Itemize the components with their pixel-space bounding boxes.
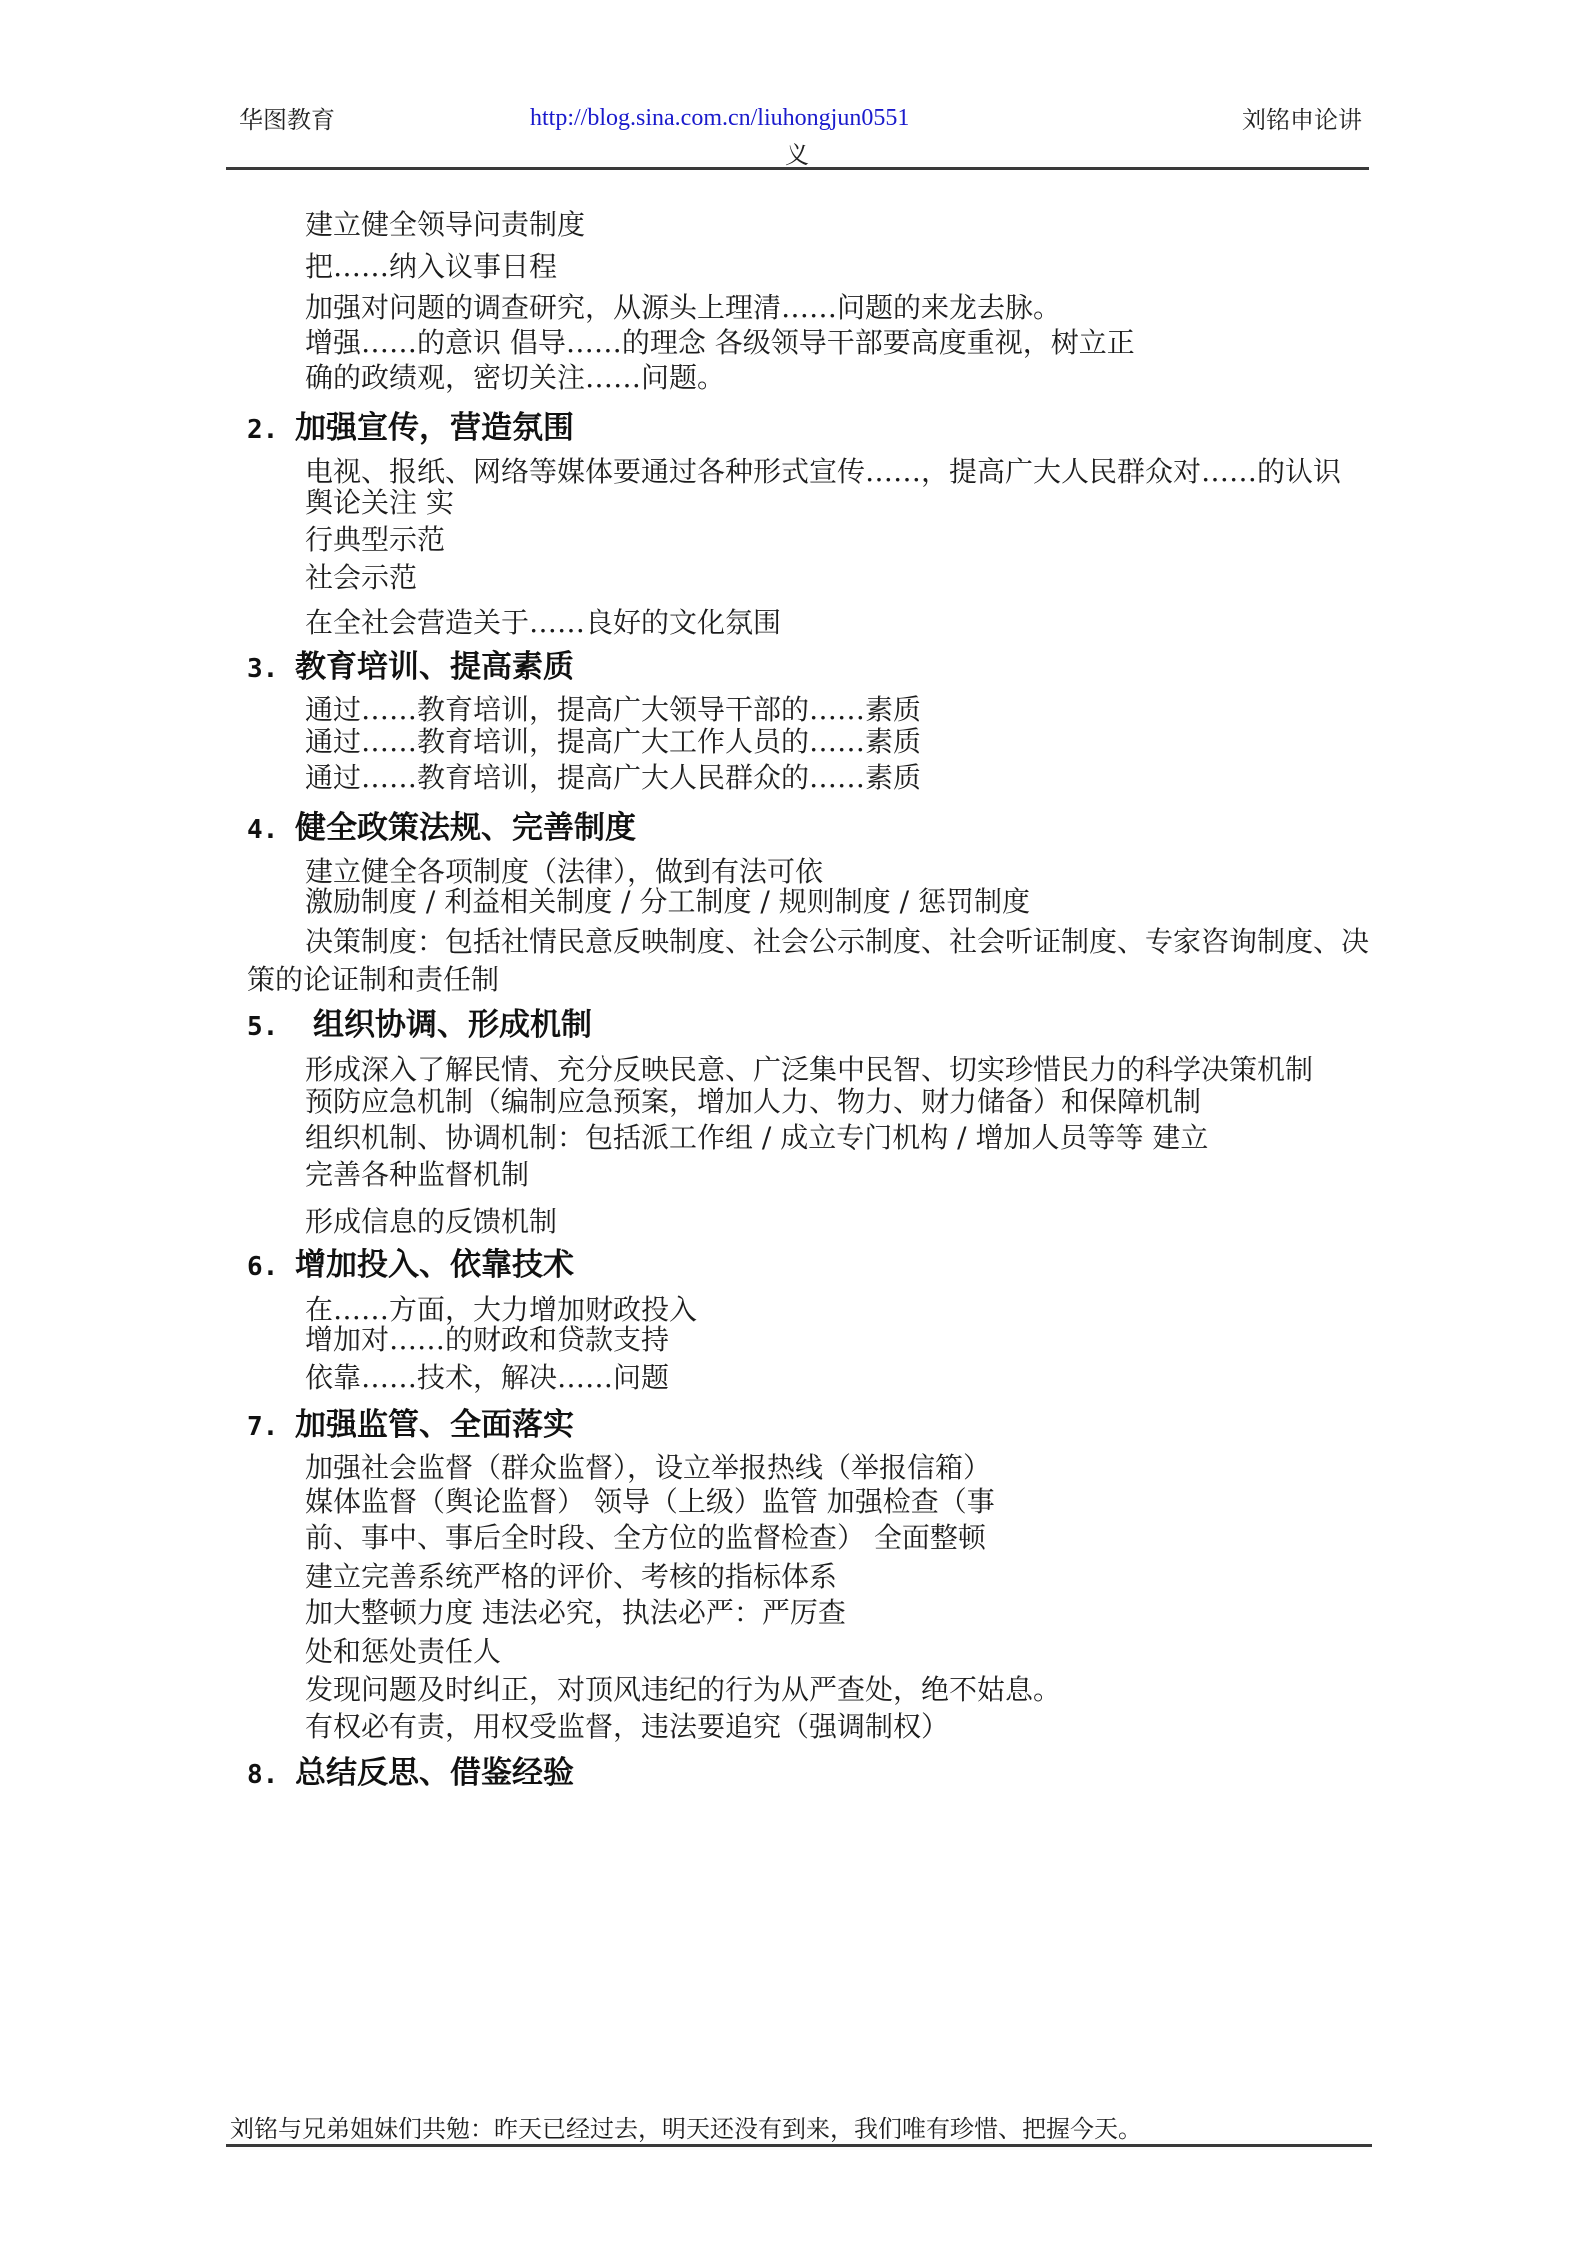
section-heading-6: 6.增加投入、依靠技术 bbox=[247, 1250, 574, 1283]
section-heading-5: 5.组织协调、形成机制 bbox=[247, 1010, 592, 1043]
body-line: 预防应急机制（编制应急预案，增加人力、物力、财力储备）和保障机制 bbox=[305, 1088, 1201, 1116]
section-title: 加强宣传，营造氛围 bbox=[295, 410, 574, 446]
section-number: 7. bbox=[247, 1412, 295, 1443]
body-line: 有权必有责，用权受监督，违法要追究（强调制权） bbox=[305, 1713, 949, 1741]
section-title: 健全政策法规、完善制度 bbox=[295, 810, 636, 846]
header-left-org: 华图教育 bbox=[239, 108, 335, 132]
header-right-title-wrap: 义 bbox=[785, 143, 809, 167]
footer-motto: 刘铭与兄弟姐妹们共勉：昨天已经过去，明天还没有到来，我们唯有珍惜、把握今天。 bbox=[230, 2117, 1142, 2141]
body-line: 组织机制、协调机制：包括派工作组 / 成立专门机构 / 增加人员等等 建立 bbox=[305, 1124, 1208, 1152]
body-line: 社会示范 bbox=[305, 564, 417, 592]
body-line: 前、事中、事后全时段、全方位的监督检查） 全面整顿 bbox=[305, 1524, 986, 1552]
body-line: 策的论证制和责任制 bbox=[247, 966, 499, 994]
body-line: 通过……教育培训，提高广大工作人员的……素质 bbox=[305, 728, 921, 756]
section-title: 增加投入、依靠技术 bbox=[295, 1247, 574, 1283]
section-title: 加强监管、全面落实 bbox=[295, 1407, 574, 1443]
body-line: 建立健全各项制度（法律），做到有法可依 bbox=[305, 858, 823, 886]
body-line: 通过……教育培训，提高广大人民群众的……素质 bbox=[305, 764, 921, 792]
body-line: 形成信息的反馈机制 bbox=[305, 1208, 557, 1236]
footer-divider bbox=[226, 2144, 1372, 2147]
body-line: 舆论关注 实 bbox=[305, 489, 454, 517]
body-line: 完善各种监督机制 bbox=[305, 1161, 529, 1189]
section-heading-3: 3.教育培训、提高素质 bbox=[247, 652, 574, 685]
section-heading-7: 7.加强监管、全面落实 bbox=[247, 1410, 574, 1443]
section-number: 3. bbox=[247, 654, 295, 685]
body-line: 决策制度：包括社情民意反映制度、社会公示制度、社会听证制度、专家咨询制度、决 bbox=[305, 928, 1369, 956]
body-line: 形成深入了解民情、充分反映民意、广泛集中民智、切实珍惜民力的科学决策机制 bbox=[305, 1056, 1313, 1084]
body-line: 加强对问题的调查研究，从源头上理清……问题的来龙去脉。 bbox=[305, 294, 1061, 322]
section-number: 6. bbox=[247, 1252, 295, 1283]
section-heading-2: 2.加强宣传，营造氛围 bbox=[247, 413, 574, 446]
body-line: 媒体监督（舆论监督） 领导（上级）监管 加强检查（事 bbox=[305, 1488, 995, 1516]
body-line: 加强社会监督（群众监督），设立举报热线（举报信箱） bbox=[305, 1454, 991, 1482]
body-line: 建立完善系统严格的评价、考核的指标体系 bbox=[305, 1563, 837, 1591]
section-heading-8: 8.总结反思、借鉴经验 bbox=[247, 1758, 574, 1791]
body-line: 增强……的意识 倡导……的理念 各级领导干部要高度重视，树立正 bbox=[305, 329, 1135, 357]
header-right-title: 刘铭申论讲 bbox=[1242, 108, 1362, 132]
section-title: 教育培训、提高素质 bbox=[295, 649, 574, 685]
body-line: 把……纳入议事日程 bbox=[305, 253, 557, 281]
header-blog-link[interactable]: http://blog.sina.com.cn/liuhongjun0551 bbox=[530, 106, 909, 130]
section-title: 组织协调、形成机制 bbox=[313, 1007, 592, 1043]
body-line: 确的政绩观，密切关注……问题。 bbox=[305, 364, 725, 392]
body-line: 在全社会营造关于……良好的文化氛围 bbox=[305, 609, 781, 637]
body-line: 发现问题及时纠正，对顶风违纪的行为从严查处，绝不姑息。 bbox=[305, 1676, 1061, 1704]
body-line: 依靠……技术，解决……问题 bbox=[305, 1364, 669, 1392]
section-number: 2. bbox=[247, 415, 295, 446]
section-title: 总结反思、借鉴经验 bbox=[295, 1755, 574, 1791]
section-number: 8. bbox=[247, 1760, 295, 1791]
section-heading-4: 4.健全政策法规、完善制度 bbox=[247, 813, 636, 846]
section-number: 5. bbox=[247, 1012, 313, 1043]
body-line: 电视、报纸、网络等媒体要通过各种形式宣传……，提高广大人民群众对……的认识 bbox=[305, 458, 1341, 486]
body-line: 加大整顿力度 违法必究，执法必严：严厉查 bbox=[305, 1599, 846, 1627]
section-number: 4. bbox=[247, 815, 295, 846]
body-line: 在……方面，大力增加财政投入 bbox=[305, 1296, 697, 1324]
body-line: 处和惩处责任人 bbox=[305, 1638, 501, 1666]
body-line: 行典型示范 bbox=[305, 526, 445, 554]
body-line: 增加对……的财政和贷款支持 bbox=[305, 1326, 669, 1354]
header-divider bbox=[226, 167, 1369, 170]
body-line: 激励制度 / 利益相关制度 / 分工制度 / 规则制度 / 惩罚制度 bbox=[305, 888, 1030, 916]
body-line: 建立健全领导问责制度 bbox=[305, 211, 585, 239]
body-line: 通过……教育培训，提高广大领导干部的……素质 bbox=[305, 696, 921, 724]
